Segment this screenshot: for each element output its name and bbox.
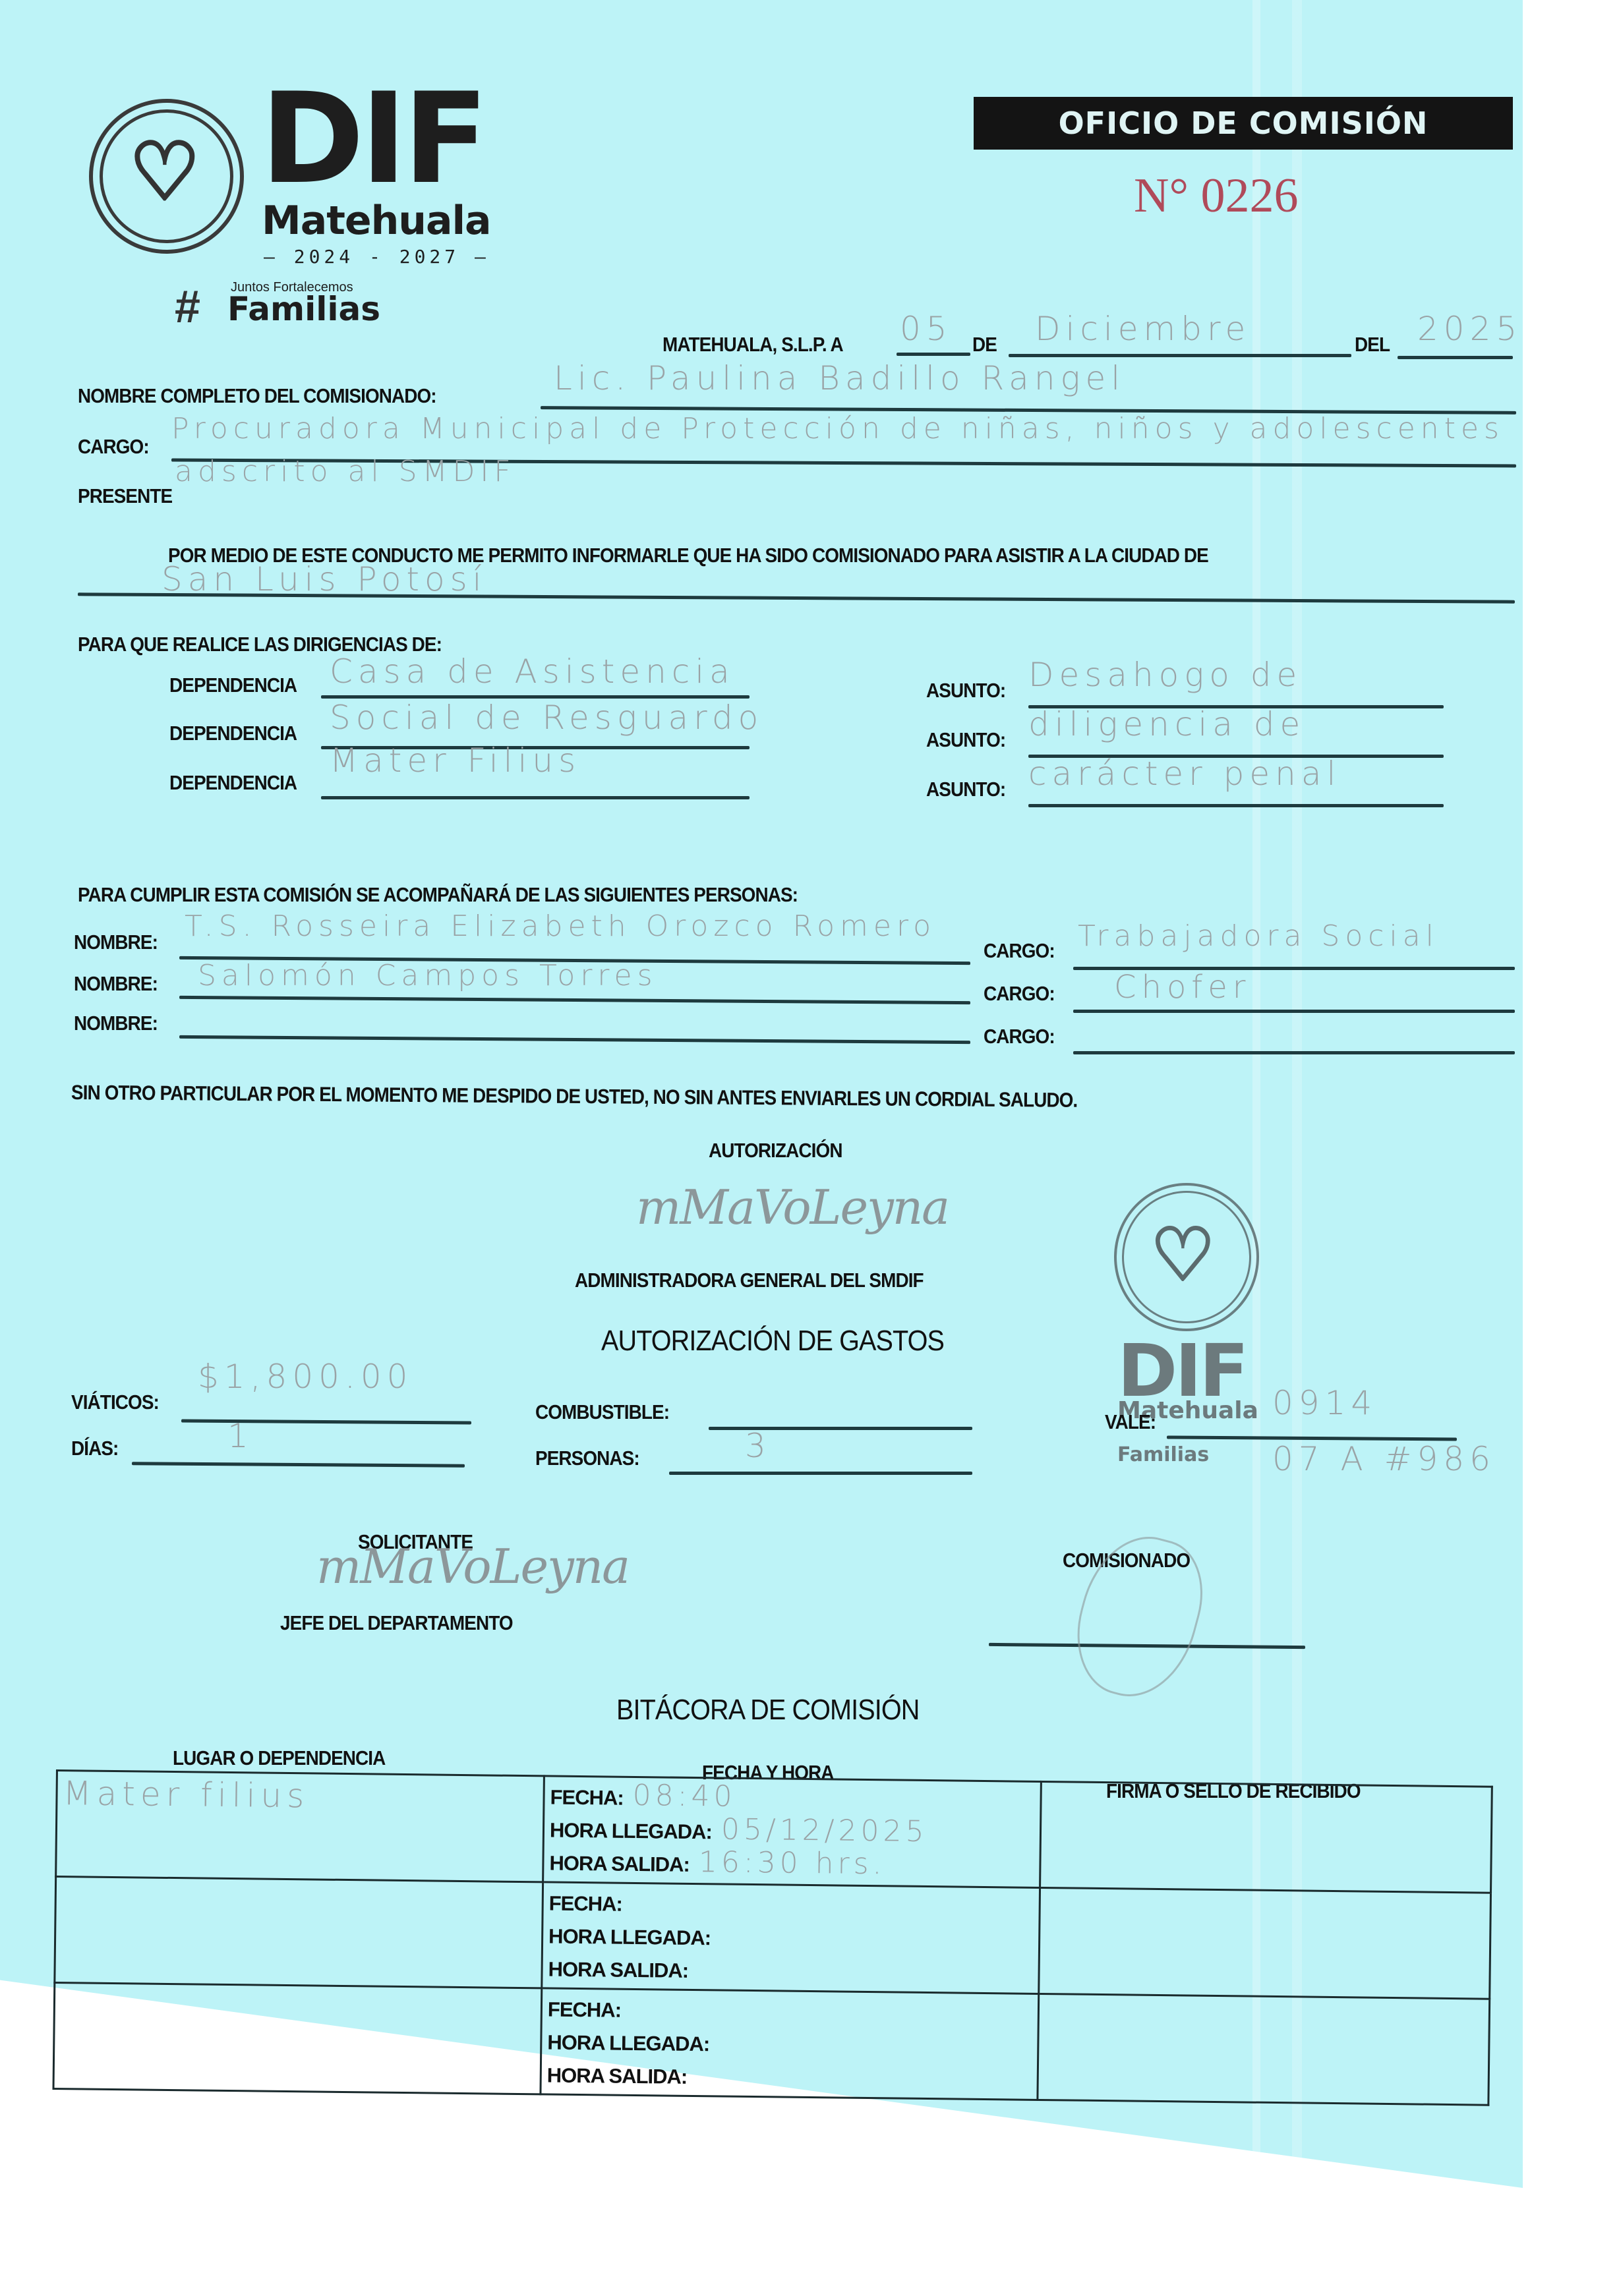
dependencia-label-1: DEPENDENCIA [169,674,297,697]
logo-brand: DIF [260,82,485,195]
bitacora-title: BITÁCORA DE COMISIÓN [616,1694,919,1727]
fecha-field[interactable]: 08:40 [632,1779,736,1814]
fecha-label: FECHA: [550,1786,623,1810]
acompanante-cargo-field-1[interactable]: Trabajadora Social [1078,919,1439,953]
fecha-field[interactable] [632,1885,632,1918]
asunto-field-3[interactable]: carácter penal [1028,755,1341,793]
salida-label: HORA SALIDA: [547,2063,688,2088]
salida-field[interactable] [696,2057,697,2091]
month-field[interactable]: Diciembre [1035,310,1251,348]
fecha-hora-cell: FECHA:08:40 HORA LLEGADA:05/12/2025 HORA… [543,1776,1042,1888]
stamp-brand: DIF [1117,1335,1246,1407]
nombre-label-3: NOMBRE: [74,1012,158,1035]
jefe-label: JEFE DEL DEPARTAMENTO [280,1611,513,1635]
acompanantes-heading: PARA CUMPLIR ESTA COMISIÓN SE ACOMPAÑARÁ… [78,883,798,907]
lugar-cell[interactable] [55,1877,543,1988]
dependencia-field-1[interactable]: Casa de Asistencia [330,652,735,691]
solicitante-signature[interactable]: mMaVoLeyna [316,1539,629,1594]
destination-city-field[interactable]: San Luis Potosí [162,560,487,598]
acompanante-nombre-field-1[interactable]: T.S. Rosseira Elizabeth Orozco Romero [185,909,936,943]
lugar-cell[interactable]: Mater filius [56,1771,545,1882]
salida-field[interactable] [697,1951,698,1985]
logo-ring: ♡ [89,99,244,254]
dependencia-field-3[interactable]: Mater Filius [330,741,581,780]
commissioned-name-field[interactable]: Lic. Paulina Badillo Rangel [554,359,1125,397]
hashtag-heart-icon: # [175,283,200,330]
llegada-field[interactable]: 05/12/2025 [721,1812,928,1849]
asunto-label-3: ASUNTO: [926,778,1005,801]
cargo-label: CARGO: [78,435,149,459]
salida-label: HORA SALIDA: [549,1852,690,1876]
firma-cell[interactable] [1038,1994,1490,2105]
autorizacion-role: ADMINISTRADORA GENERAL DEL SMDIF [575,1269,924,1292]
dias-field[interactable]: 1 [227,1417,254,1455]
llegada-label: HORA LLEGADA: [550,1819,712,1844]
fecha-hora-cell: FECHA: HORA LLEGADA: HORA SALIDA: [542,1882,1040,1994]
day-field[interactable]: 05 [900,310,953,348]
acompanante-cargo-field-2[interactable]: Chofer [1114,969,1251,1006]
heart-family-icon: ♡ [129,132,200,212]
fecha-label: FECHA: [548,1997,621,2021]
lugar-field[interactable]: Mater filius [63,1774,309,1815]
table-row: FECHA: HORA LLEGADA: HORA SALIDA: [53,1982,1490,2105]
vale-field[interactable]: 0914 [1272,1384,1377,1422]
cargo-label-a1: CARGO: [984,939,1055,963]
del-label: DEL [1355,333,1390,357]
llegada-label: HORA LLEGADA: [548,1924,711,1949]
autorizacion-label: AUTORIZACIÓN [709,1139,842,1162]
llegada-field[interactable] [719,2024,719,2058]
presente-label: PRESENTE [78,484,172,508]
dependencia-label-2: DEPENDENCIA [169,722,297,745]
personas-field[interactable]: 3 [745,1427,771,1465]
firma-cell[interactable] [1040,1781,1492,1893]
bitacora-table: Mater filius FECHA:08:40 HORA LLEGADA:05… [52,1769,1492,2106]
acompanante-nombre-field-2[interactable]: Salomón Campos Torres [198,959,658,992]
viaticos-label: VIÁTICOS: [71,1391,159,1414]
place-label: MATEHUALA, S.L.P. A [662,333,843,357]
asunto-field-2[interactable]: diligencia de [1028,705,1305,743]
llegada-field[interactable] [720,1918,721,1952]
fecha-hora-cell: FECHA: HORA LLEGADA: HORA SALIDA: [541,1988,1039,2100]
document-title: OFICIO DE COMISIÓN [974,97,1513,150]
dias-label: DÍAS: [71,1437,118,1460]
vale-label: VALE: [1105,1410,1156,1434]
gastos-title: AUTORIZACIÓN DE GASTOS [601,1325,944,1358]
folio-number: N° 0226 [1134,168,1299,224]
logo-slogan-big: Familias [227,290,380,328]
dependencia-label-3: DEPENDENCIA [169,771,297,795]
cargo-field-line2[interactable]: adscrito al SMDIF [175,455,516,488]
combustible-label: COMBUSTIBLE: [535,1400,669,1424]
llegada-label: HORA LLEGADA: [547,2030,709,2055]
viaticos-field[interactable]: $1,800.00 [198,1358,413,1396]
fecha-label: FECHA: [549,1891,622,1915]
logo-city: Matehuala [262,198,491,244]
firma-cell[interactable] [1039,1887,1491,1999]
de-label: DE [972,333,997,357]
vale-note: 07 A #986 [1272,1440,1496,1478]
asunto-label-1: ASUNTO: [926,679,1005,703]
cargo-field[interactable]: Procuradora Municipal de Protección de n… [171,412,1504,445]
cargo-label-a3: CARGO: [984,1025,1055,1048]
bitacora-header-lugar: LUGAR O DEPENDENCIA [173,1746,385,1770]
cargo-label-a2: CARGO: [984,982,1055,1006]
table-row: FECHA: HORA LLEGADA: HORA SALIDA: [55,1877,1491,1999]
salida-field[interactable]: 16:30 hrs. [699,1845,886,1881]
nombre-label-2: NOMBRE: [74,972,158,996]
asunto-label-2: ASUNTO: [926,728,1005,752]
year-field[interactable]: 2025 [1417,310,1522,348]
nombre-label-1: NOMBRE: [74,931,158,954]
lugar-cell[interactable] [53,1982,542,2094]
fecha-field[interactable] [630,1991,631,2024]
autorizacion-signature[interactable]: mMaVoLeyna [636,1180,949,1235]
stamp-heart-icon: ♡ [1150,1219,1216,1292]
dependencia-field-2[interactable]: Social de Resguardo [330,699,763,737]
salida-label: HORA SALIDA: [548,1957,688,1982]
table-row: Mater filius FECHA:08:40 HORA LLEGADA:05… [56,1771,1492,1893]
stamp-slogan: Familias [1117,1443,1209,1466]
name-label: NOMBRE COMPLETO DEL COMISIONADO: [78,384,436,408]
personas-label: PERSONAS: [535,1447,639,1470]
asunto-field-1[interactable]: Desahogo de [1028,656,1302,694]
logo-years: — 2024 - 2027 — [264,246,490,268]
